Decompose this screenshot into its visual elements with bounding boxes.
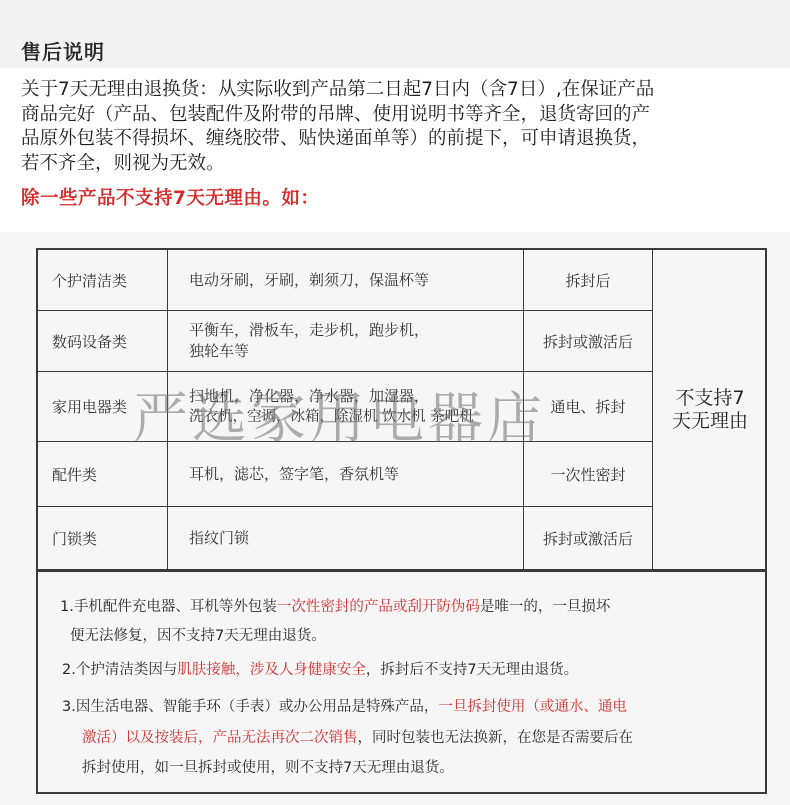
- note-highlight: 一次性密封的产品或刮开防伪码: [277, 599, 480, 615]
- category-label: 配件类: [52, 464, 97, 485]
- note-highlight: 一旦拆封使用（或通水、通电: [438, 699, 627, 715]
- table-cell-condition: 拆封或激活后: [524, 311, 653, 372]
- note-3-cont: 激活）以及按装后，产品无法再次二次销售，同时包装也无法换新，在您是否需要后在: [82, 724, 633, 752]
- table-cell-items: 耳机，滤芯，签字笔，香氛机等: [168, 442, 524, 507]
- page-title: 售后说明: [21, 36, 105, 65]
- result-text: 不支持7: [672, 387, 748, 410]
- note-text: 1.手机配件充电器、耳机等外包装: [60, 599, 277, 615]
- note-text: ，拆封后不支持7天无理由退货。: [366, 662, 578, 678]
- note-highlight: 激活）以及按装后，产品无法再次二次销售: [82, 730, 358, 746]
- table-cell-result: 不支持7 天无理由: [653, 250, 767, 570]
- note-1: 1.手机配件充电器、耳机等外包装一次性密封的产品或刮开防伪码是唯一的，一旦损坏: [60, 593, 610, 621]
- table-cell-condition: 拆封后: [524, 250, 653, 311]
- condition-text: 一次性密封: [550, 464, 625, 485]
- table-cell-category: 数码设备类: [38, 311, 168, 372]
- table-cell-items: 指纹门锁: [168, 507, 524, 570]
- category-label: 家用电器类: [52, 396, 127, 417]
- table-cell-items: 扫地机，净化器，净水器，加湿器， 洗衣机，空调，冰箱，除湿机 饮水机 茶吧机: [168, 372, 524, 442]
- note-text: 3.因生活电器、智能手环（手表）或办公用品是特殊产品，: [62, 699, 438, 715]
- condition-text: 拆封或激活后: [543, 331, 633, 352]
- policy-table: 个护清洁类 电动牙刷，牙刷，剃须刀，保温杯等 拆封后 数码设备类 平衡车，滑板车…: [36, 248, 767, 570]
- items-text: 平衡车，滑板车，走步机，跑步机，: [189, 320, 429, 341]
- intro-line: 商品完好（产品、包装配件及附带的吊牌、使用说明书等齐全，退货寄回的产: [21, 103, 781, 128]
- note-3: 3.因生活电器、智能手环（手表）或办公用品是特殊产品，一旦拆封使用（或通水、通电: [62, 693, 627, 721]
- note-1-cont: 便无法修复，因不支持7天无理由退货。: [70, 622, 326, 650]
- table-cell-condition: 一次性密封: [524, 442, 653, 507]
- note-text: 2.个护清洁类因与: [62, 662, 177, 678]
- intro-line: 若不齐全，则视为无效。: [21, 152, 781, 177]
- items-text: 指纹门锁: [189, 528, 249, 549]
- notes-box: 1.手机配件充电器、耳机等外包装一次性密封的产品或刮开防伪码是唯一的，一旦损坏 …: [36, 570, 767, 794]
- condition-text: 拆封或激活后: [543, 528, 633, 549]
- items-text: 洗衣机，空调，冰箱，除湿机 饮水机 茶吧机: [189, 407, 474, 428]
- note-text: 是唯一的，一旦损坏: [480, 599, 611, 615]
- note-3-cont2: 拆封使用，如一旦拆封或使用，则不支持7天无理由退货。: [82, 754, 454, 782]
- intro-paragraph: 关于7天无理由退换货：从实际收到产品第二日起7日内（含7日）,在保证产品 商品完…: [21, 78, 781, 176]
- result-text: 天无理由: [672, 410, 748, 433]
- note-highlight: 肌肤接触，涉及人身健康安全: [177, 662, 366, 678]
- condition-text: 拆封后: [565, 270, 610, 291]
- items-text: 独轮车等: [189, 341, 249, 362]
- intro-line: 关于7天无理由退换货：从实际收到产品第二日起7日内（含7日）,在保证产品: [21, 78, 781, 103]
- category-label: 数码设备类: [52, 331, 127, 352]
- category-label: 个护清洁类: [52, 270, 127, 291]
- table-cell-condition: 拆封或激活后: [524, 507, 653, 570]
- condition-text: 通电、拆封: [550, 396, 625, 417]
- header-band: 售后说明: [0, 0, 790, 68]
- category-label: 门锁类: [52, 528, 97, 549]
- note-text: ，同时包装也无法换新，在您是否需要后在: [358, 730, 634, 746]
- table-cell-category: 家用电器类: [38, 372, 168, 442]
- table-cell-category: 门锁类: [38, 507, 168, 570]
- items-text: 耳机，滤芯，签字笔，香氛机等: [189, 464, 399, 485]
- exception-heading: 除一些产品不支持7天无理由。如：: [21, 184, 319, 210]
- intro-line: 品原外包装不得损坏、缠绕胶带、贴快递面单等）的前提下，可申请退换货，: [21, 127, 781, 152]
- table-cell-items: 平衡车，滑板车，走步机，跑步机， 独轮车等: [168, 311, 524, 372]
- note-text: 便无法修复，因不支持7天无理由退货。: [70, 628, 326, 644]
- items-text: 扫地机，净化器，净水器，加湿器，: [189, 386, 429, 407]
- note-text: 拆封使用，如一旦拆封或使用，则不支持7天无理由退货。: [82, 760, 454, 776]
- items-text: 电动牙刷，牙刷，剃须刀，保温杯等: [189, 270, 429, 291]
- table-cell-items: 电动牙刷，牙刷，剃须刀，保温杯等: [168, 250, 524, 311]
- table-cell-condition: 通电、拆封: [524, 372, 653, 442]
- table-cell-category: 配件类: [38, 442, 168, 507]
- note-2: 2.个护清洁类因与肌肤接触，涉及人身健康安全，拆封后不支持7天无理由退货。: [62, 656, 578, 684]
- table-cell-category: 个护清洁类: [38, 250, 168, 311]
- intro-section: 关于7天无理由退换货：从实际收到产品第二日起7日内（含7日）,在保证产品 商品完…: [0, 68, 790, 232]
